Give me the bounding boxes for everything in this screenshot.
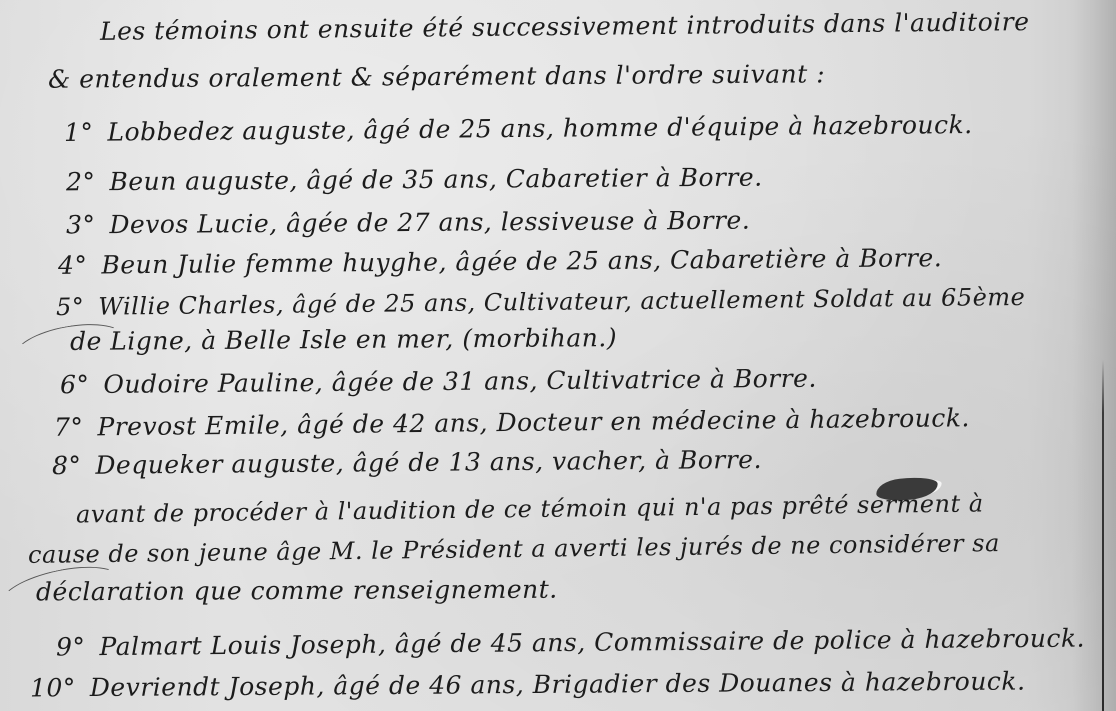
witness-number: 10° xyxy=(30,673,76,703)
pen-flourish xyxy=(11,317,129,378)
witness-text: Oudoire Pauline, âgée de 31 ans, Cultiva… xyxy=(103,364,817,399)
witness-number: 1° xyxy=(64,118,94,148)
witness-text: Dequeker auguste, âgé de 13 ans, vacher,… xyxy=(95,445,762,480)
note-line-2: cause de son jeune âge M. le Président a… xyxy=(28,528,1000,570)
note-line-1: avant de procéder à l'audition de ce tém… xyxy=(76,488,984,529)
witness-number: 4° xyxy=(58,251,88,281)
witness-text: Devriendt Joseph, âgé de 46 ans, Brigadi… xyxy=(90,667,1026,703)
intro-text: & entendus oralement & séparément dans l… xyxy=(48,59,825,93)
binding-crease xyxy=(1102,360,1104,711)
witness-number: 3° xyxy=(66,210,96,240)
witness-entry-2: 2°Beun auguste, âgé de 35 ans, Cabaretie… xyxy=(66,163,763,198)
witness-number: 2° xyxy=(66,167,96,197)
witness-entry-1: 1°Lobbedez auguste, âgé de 25 ans, homme… xyxy=(64,110,973,148)
witness-number: 6° xyxy=(60,370,90,400)
intro-line-1: Les témoins ont ensuite été successiveme… xyxy=(100,7,1030,47)
witness-entry-9: 9°Palmart Louis Joseph, âgé de 45 ans, C… xyxy=(56,624,1085,663)
witness-entry-6: 6°Oudoire Pauline, âgée de 31 ans, Culti… xyxy=(60,364,817,401)
intro-line-2: & entendus oralement & séparément dans l… xyxy=(48,59,825,94)
witness-entry-5-continued: de Ligne, à Belle Isle en mer, (morbihan… xyxy=(70,323,617,357)
witness-text: Prevost Emile, âgé de 42 ans, Docteur en… xyxy=(97,403,970,441)
witness-number: 5° xyxy=(56,292,85,322)
note-text: avant de procéder à l'audition de ce tém… xyxy=(76,489,984,528)
intro-text: Les témoins ont ensuite été successiveme… xyxy=(100,7,1030,46)
witness-text: Willie Charles, âgé de 25 ans, Cultivate… xyxy=(98,283,1025,321)
witness-text: Devos Lucie, âgée de 27 ans, lessiveuse … xyxy=(109,206,750,239)
witness-text: Beun auguste, âgé de 35 ans, Cabaretier … xyxy=(109,163,762,197)
witness-entry-4: 4°Beun Julie femme huyghe, âgée de 25 an… xyxy=(58,243,942,281)
witness-text: Palmart Louis Joseph, âgé de 45 ans, Com… xyxy=(99,624,1085,662)
witness-entry-5: 5°Willie Charles, âgé de 25 ans, Cultiva… xyxy=(56,282,1026,322)
witness-number: 9° xyxy=(56,632,86,662)
witness-text: Lobbedez auguste, âgé de 25 ans, homme d… xyxy=(107,110,973,147)
witness-text: Beun Julie femme huyghe, âgée de 25 ans,… xyxy=(101,243,942,279)
witness-entry-10: 10°Devriendt Joseph, âgé de 46 ans, Brig… xyxy=(30,667,1026,704)
witness-entry-3: 3°Devos Lucie, âgée de 27 ans, lessiveus… xyxy=(66,206,750,241)
witness-entry-7: 7°Prevost Emile, âgé de 42 ans, Docteur … xyxy=(54,403,970,443)
witness-number: 8° xyxy=(52,451,82,481)
page-binding-edge xyxy=(1072,0,1116,711)
scanned-manuscript-page: Les témoins ont ensuite été successiveme… xyxy=(0,0,1116,711)
note-text: cause de son jeune âge M. le Président a… xyxy=(28,529,1000,569)
witness-entry-8: 8°Dequeker auguste, âgé de 13 ans, vache… xyxy=(52,445,762,481)
witness-number: 7° xyxy=(54,412,84,442)
witness-text: de Ligne, à Belle Isle en mer, (morbihan… xyxy=(70,323,617,356)
